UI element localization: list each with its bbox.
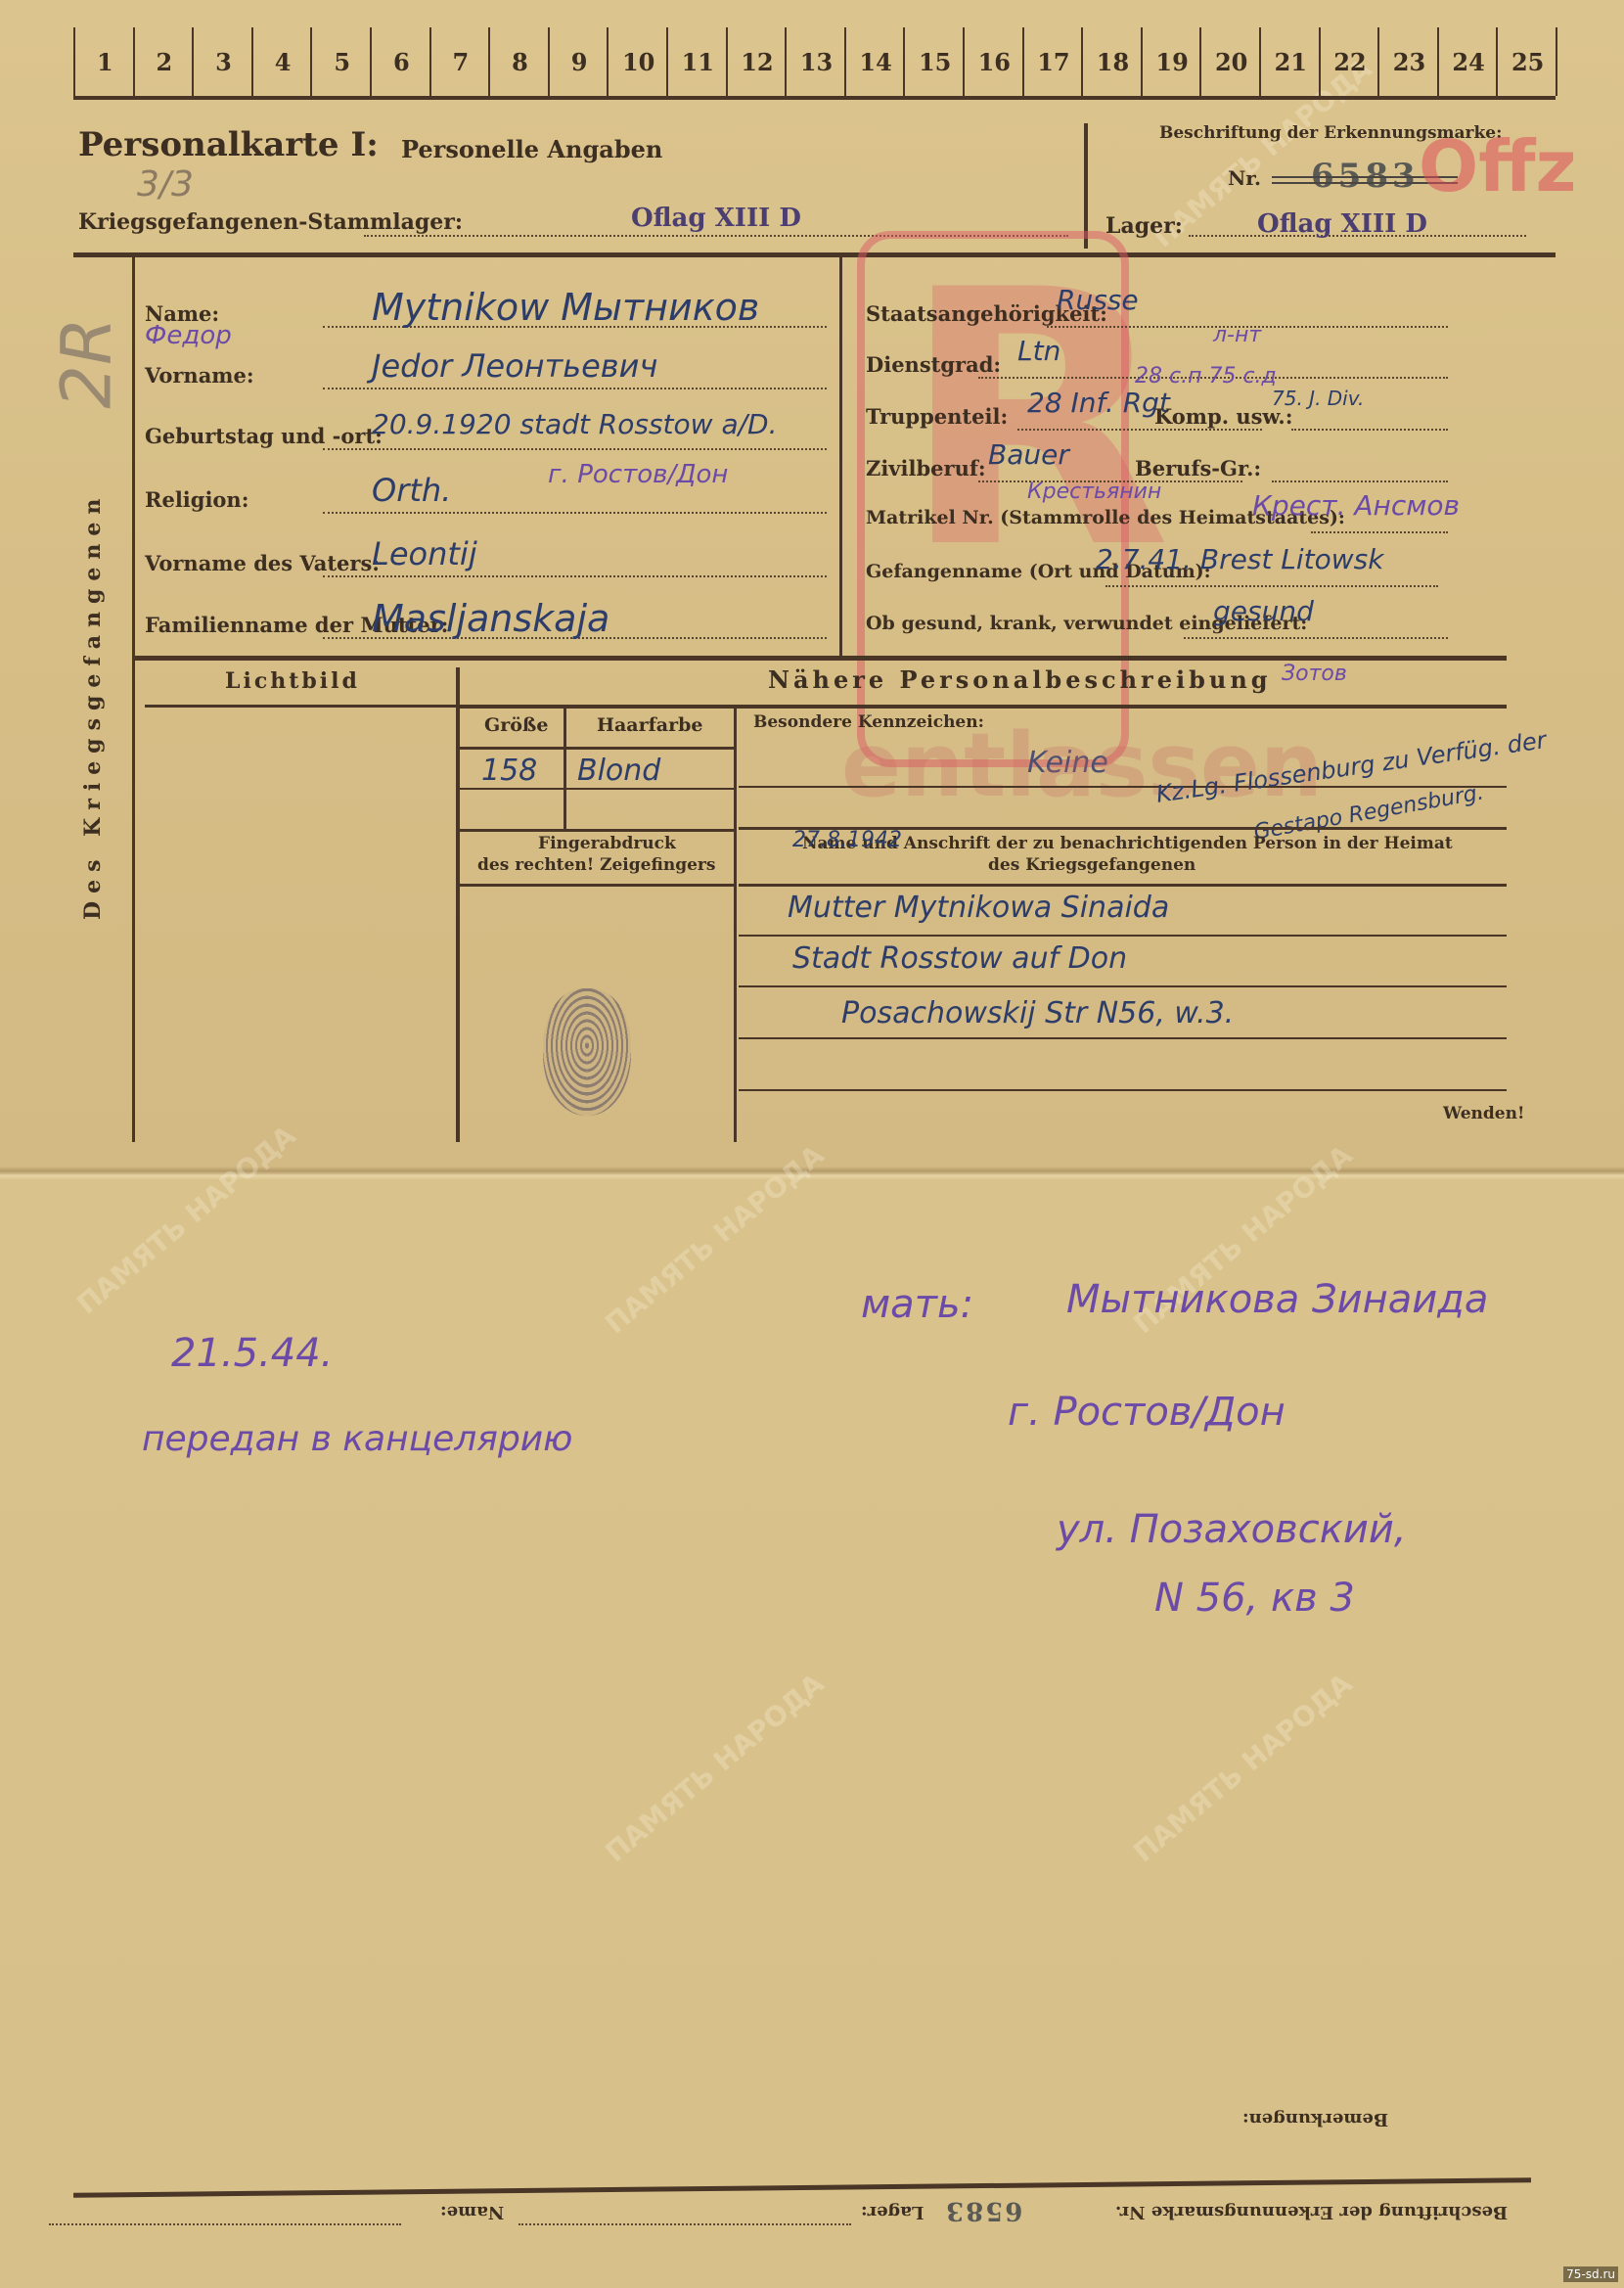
strip-number: 9 [548,27,609,96]
back-address-prefix: мать: [861,1282,973,1327]
field-label: Berufs-Gr.: [1135,456,1261,480]
offz-stamp: Offz [1419,125,1576,207]
nr-label: Nr. [1228,166,1261,190]
divider [73,252,1556,257]
strip-number: 3 [192,27,253,96]
divider [739,1037,1507,1039]
description-title: Nähere Personalbeschreibung [768,665,1272,694]
field-value: gesund [1213,595,1314,627]
strip-number: 22 [1319,27,1380,96]
divider [839,256,842,656]
dotted-line [1291,429,1448,431]
field-label: Vorname des Vaters: [145,551,380,575]
side-mark: 2R [47,317,127,408]
dotted-line [323,575,827,577]
card-subtitle: Personelle Angaben [401,135,662,163]
strip-number: 19 [1141,27,1202,96]
field-value: Mytnikow Мытников [372,286,759,329]
field-annotation: г. Ростов/Дон [548,460,728,489]
groesse-label: Größe [484,714,548,736]
field-label: Zivilberuf: [866,456,986,480]
stammlager-label: Kriegsgefangenen-Stammlager: [78,209,463,235]
divider [145,705,456,708]
divider [456,705,1507,709]
strip-number: 10 [607,27,668,96]
footer-beschriftung-label: Beschriftung der Erkennungsmarke Nr. [1115,2202,1508,2222]
dotted-line [1311,531,1448,533]
source-credit: 75-sd.ru [1563,2266,1618,2282]
field-annotation: Крестьянин [1027,480,1161,504]
strip-number: 2 [133,27,195,96]
dotted-line [49,2223,401,2225]
transfer-date: 27.8.1942 [792,828,902,852]
divider [564,707,566,829]
field-label: Truppenteil: [866,404,1008,429]
field-value: Russe [1057,284,1139,316]
card-title: Personalkarte I: [78,125,379,164]
wenden-label: Wenden! [1443,1104,1524,1123]
field-annotation: Федор [145,321,232,350]
haarfarbe-label: Haarfarbe [597,714,702,736]
dotted-line [519,2223,851,2225]
field-label: Vorname: [145,363,254,388]
divider [456,829,735,832]
field-label: Religion: [145,487,248,512]
back-address-line: г. Ростов/Дон [1008,1390,1286,1435]
divider [739,1089,1507,1091]
dotted-line [1105,585,1438,587]
strip-number: 24 [1437,27,1499,96]
dotted-line [323,512,827,514]
strip-number: 13 [785,27,846,96]
back-address-line: ул. Позаховский, [1057,1507,1407,1552]
divider [456,788,735,790]
divider [734,707,737,1142]
divider [739,935,1507,937]
side-label: Des Kriegsgefangenen [80,491,106,920]
field-value: Leontij [372,535,477,572]
pencil-note: 3/3 [137,164,194,205]
notify-sublabel: des Kriegsgefangenen [988,855,1195,875]
strip-number: 12 [726,27,788,96]
field-label: Dienstgrad: [866,352,1001,377]
field-label: Geburtstag und -ort: [145,424,383,448]
fingerabdruck-label: Fingerabdruck [538,834,676,853]
notify-line: Mutter Mytnikowa Sinaida [788,891,1169,925]
dotted-line [1184,637,1448,639]
fingerprint-image [543,988,631,1116]
dotted-line [323,448,827,450]
field-value: Bauer [988,438,1069,471]
strip-end-rule [1556,27,1557,96]
divider [739,985,1507,987]
faded-stamp: entlassen [841,714,1323,817]
divider [132,656,1507,661]
description-annotation: Зотов [1282,662,1347,686]
strip-number: 11 [666,27,728,96]
strip-number: 5 [310,27,372,96]
back-address-line: N 56, кв 3 [1154,1576,1355,1621]
strip-number: 16 [963,27,1024,96]
footer-name-label: Name: [440,2202,504,2222]
divider [456,747,735,750]
back-date: 21.5.44. [171,1331,333,1376]
strip-number: 4 [251,27,313,96]
strip-number: 25 [1496,27,1557,96]
field-value: Jedor Леонтьевич [372,347,657,385]
strip-number: 1 [73,27,135,96]
back-note: передан в канцелярию [142,1419,573,1459]
field-value: 75. J. Div. [1272,387,1364,410]
lichtbild-label: Lichtbild [225,668,360,694]
field-value: Крест. Ансмов [1252,489,1460,522]
number-strip: 1234567891011121314151617181920212223242… [73,27,1556,96]
notify-line: Stadt Rosstow auf Don [792,941,1127,976]
strip-number: 20 [1199,27,1261,96]
strip-number: 15 [903,27,965,96]
groesse-value: 158 [481,754,537,788]
field-value: Orth. [372,472,451,509]
field-value: 2.7.41. Brest Litowsk [1096,543,1383,575]
field-annotation: л-нт [1213,323,1261,347]
fingerabdruck-sublabel: des rechten! Zeigefingers [477,855,715,875]
notify-line: Posachowskij Str N56, w.3. [841,996,1234,1030]
dotted-line [323,388,827,389]
strip-number: 17 [1022,27,1084,96]
stammlager-stamp: Oflag XIII D [631,204,801,233]
strip-number: 8 [488,27,550,96]
footer-nr-value: 6583 [944,2196,1022,2225]
divider [739,786,1507,788]
divider [456,884,735,887]
strip-number: 18 [1081,27,1143,96]
strip-number: 7 [429,27,491,96]
field-annotation: 28 с.п 75 с.д [1135,364,1277,389]
footer-lager-label: Lager: [861,2202,925,2222]
divider [739,884,1507,887]
dotted-line [1017,429,1262,431]
divider [132,256,135,1142]
strip-number: 23 [1377,27,1439,96]
field-value: 28 Inf. Rgt [1027,387,1170,419]
lager-stamp: Oflag XIII D [1257,209,1427,239]
field-value: Masljanskaja [372,597,609,640]
back-address-line: Мытникова Зинаида [1066,1277,1488,1322]
field-value: 20.9.1920 stadt Rosstow a/D. [372,408,778,440]
strip-number: 14 [844,27,906,96]
bemerkungen-label: Bemerkungen: [1242,2109,1388,2129]
divider [456,667,460,1142]
strip-number: 21 [1259,27,1321,96]
haarfarbe-value: Blond [577,754,660,788]
strip-number: 6 [370,27,431,96]
dotted-line [1272,480,1448,482]
field-value: Ltn [1017,335,1060,367]
divider [73,96,1556,100]
